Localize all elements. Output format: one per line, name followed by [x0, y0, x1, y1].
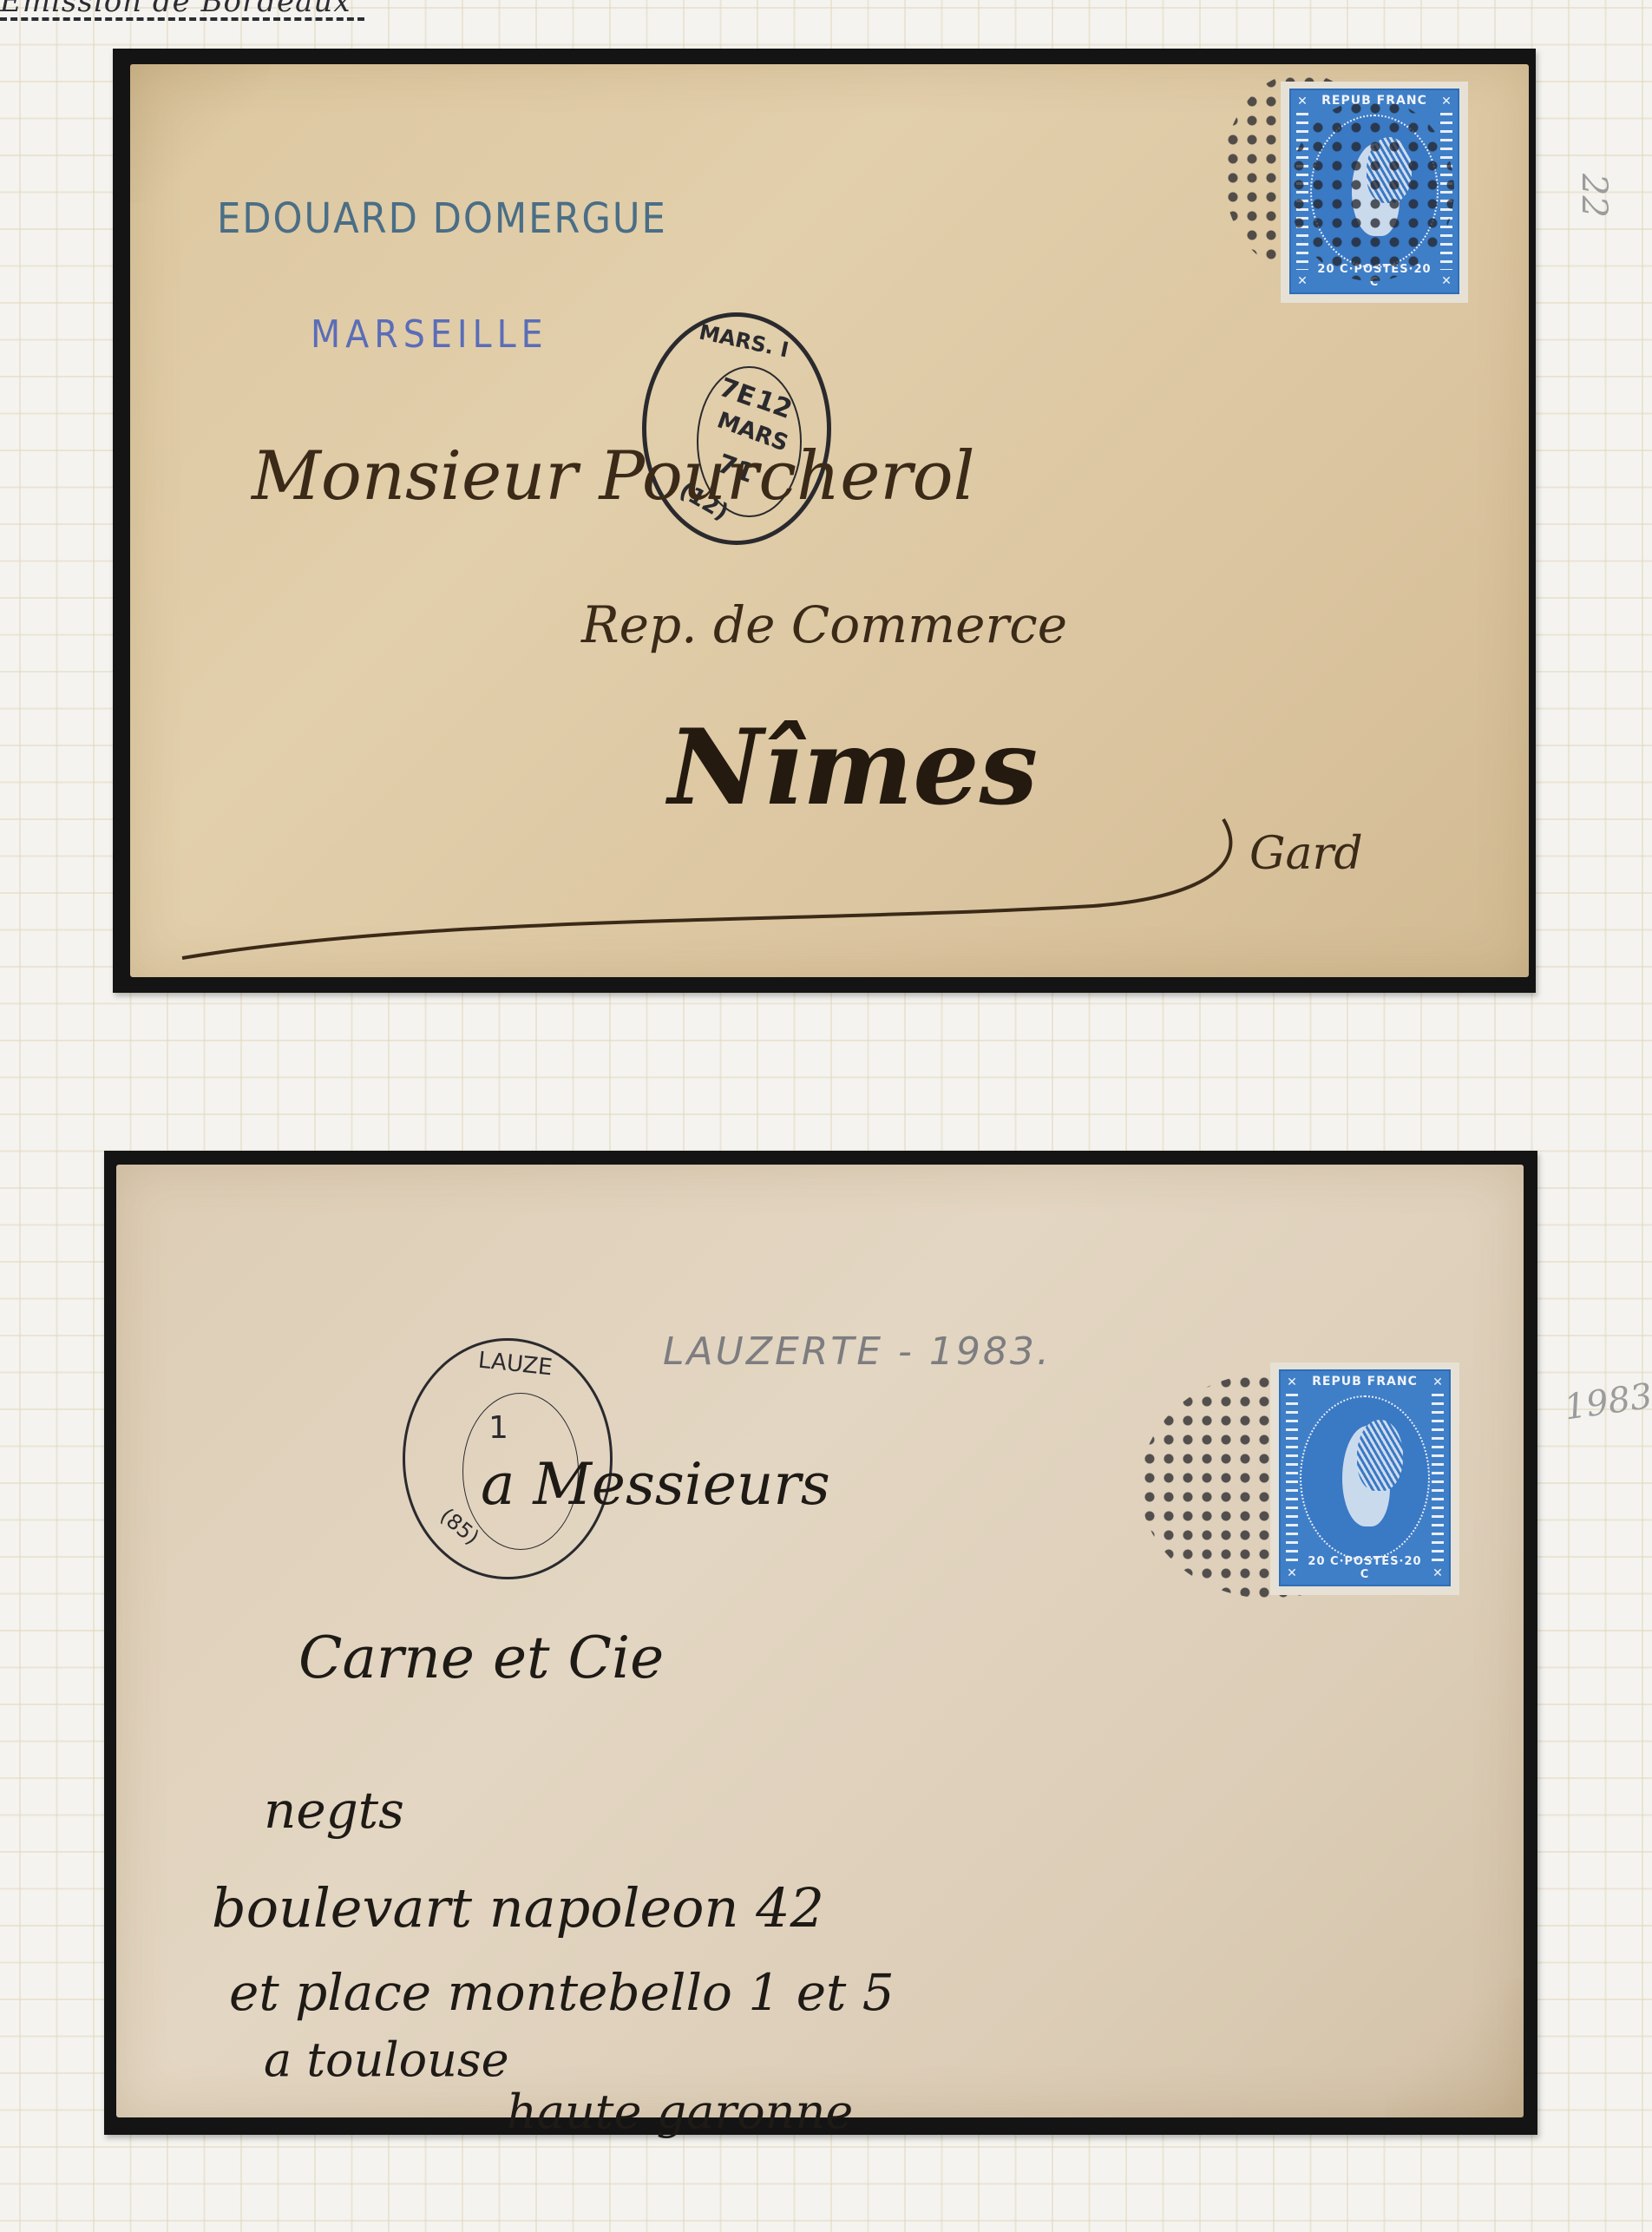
- stamp-corner-ornament: ✕: [1284, 1566, 1300, 1581]
- address-line-7: haute garonne: [507, 2084, 853, 2139]
- stamp-corner-ornament: ✕: [1430, 1566, 1445, 1581]
- cover-2-envelope[interactable]: LAUZERTE - 1983. LAUZE 1 (85) ✕ ✕ ✕ ✕ RE…: [116, 1165, 1524, 2117]
- ceres-hair-icon: [1357, 1420, 1403, 1491]
- stamp-corner-ornament: ✕: [1430, 1375, 1445, 1390]
- address-line-2: Carne et Cie: [298, 1625, 664, 1691]
- address-line-5: et place montebello 1 et 5: [229, 1963, 895, 2022]
- flap-crease: [130, 64, 269, 203]
- address-line-4: boulevart napoleon 42: [212, 1876, 824, 1940]
- address-flourish: [182, 811, 1310, 984]
- sender-name-handstamp: EDOUARD DOMERGUE: [217, 194, 667, 243]
- address-title: Rep. de Commerce: [581, 595, 1067, 654]
- stamp-greek-border: [1432, 1394, 1444, 1562]
- cover-1-stamp[interactable]: ✕ ✕ ✕ ✕ REPUB FRANC 20 C·POSTES·20 C: [1281, 82, 1468, 303]
- address-line-3: negts: [264, 1781, 404, 1840]
- margin-note-bottom: 1983: [1562, 1376, 1652, 1428]
- ceres-medallion: [1300, 1395, 1430, 1560]
- stamp-corner-ornament: ✕: [1295, 273, 1310, 289]
- flap-crease: [1385, 1979, 1524, 2117]
- sender-city-handstamp: MARSEILLE: [311, 312, 548, 357]
- stamp-corner-ornament: ✕: [1295, 94, 1310, 109]
- pencil-annotation: LAUZERTE - 1983.: [663, 1329, 1052, 1374]
- stamp-top-label: REPUB FRANC: [1303, 1375, 1426, 1388]
- address-line-6: a toulouse: [264, 2032, 509, 2087]
- album-caption: Émission de Bordeaux: [0, 0, 382, 19]
- address-line-1: a Messieurs: [481, 1451, 830, 1518]
- caption-rule: [0, 17, 364, 21]
- stamp-greek-border: [1286, 1394, 1298, 1562]
- postmark-town: MARS. I: [697, 319, 790, 362]
- cancel-dots-on-stamp: [1289, 99, 1454, 281]
- cover-2-stamp[interactable]: ✕ ✕ ✕ ✕ REPUB FRANC 20 C·POSTES·20 C: [1270, 1362, 1459, 1595]
- stamp-value-label: 20 C·POSTES·20 C: [1303, 1555, 1426, 1581]
- stamp-corner-ornament: ✕: [1439, 94, 1454, 109]
- stamp-design: ✕ ✕ ✕ ✕ REPUB FRANC 20 C·POSTES·20 C: [1279, 1369, 1451, 1586]
- postmark-town: LAUZE: [477, 1348, 554, 1382]
- stamp-corner-ornament: ✕: [1439, 273, 1454, 289]
- album-caption-text: Émission de Bordeaux: [0, 0, 351, 19]
- stamp-corner-ornament: ✕: [1284, 1375, 1300, 1390]
- cover-1-envelope[interactable]: EDOUARD DOMERGUE MARSEILLE MARS. I 7E 12…: [130, 64, 1529, 977]
- margin-note-top: 22: [1574, 174, 1614, 218]
- postmark-day: 1: [488, 1410, 508, 1446]
- address-salutation: Monsieur Pourcherol: [252, 437, 975, 515]
